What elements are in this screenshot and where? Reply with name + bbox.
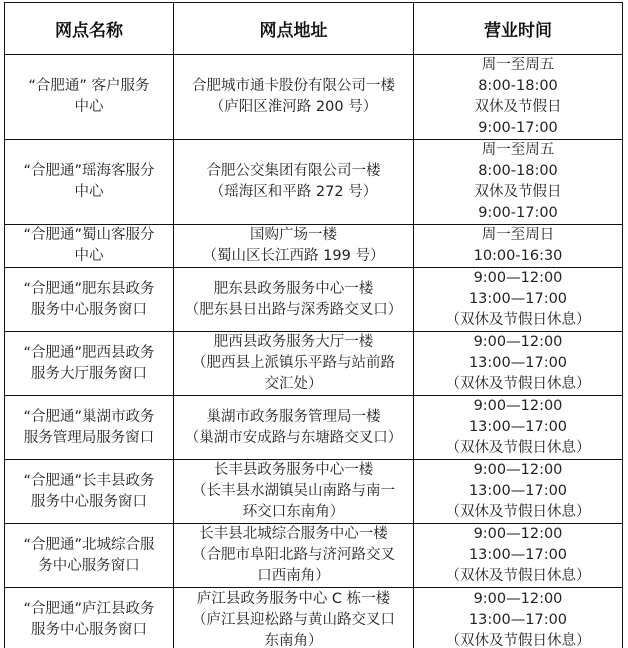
- outlet-name-line: “合肥通”北城综合服: [9, 535, 169, 556]
- outlet-name-cell: “合肥通” 客户服务 中心: [5, 55, 174, 140]
- hours-line: 10:00-16:30: [418, 246, 618, 267]
- service-outlets-table: 网点名称 网点地址 营业时间 “合肥通” 客户服务 中心 合肥城市通卡股份有限公…: [4, 2, 623, 648]
- table-row: “合肥通”庐江县政务 服务中心服务窗口 庐江县政务服务中心 C 栋一楼 （庐江县…: [5, 588, 623, 648]
- address-line: （瑶海区和平路 272 号）: [178, 182, 409, 203]
- outlet-name-line: 服务中心服务窗口: [9, 300, 169, 321]
- business-hours-cell: 9:00—12:00 13:00—17:00 （双休及节假日休息）: [414, 396, 623, 460]
- table-row: “合肥通”北城综合服 务中心服务窗口 长丰县北城综合服务中心一楼 （合肥市阜阳北…: [5, 524, 623, 588]
- business-hours-cell: 周一至周日 10:00-16:30: [414, 225, 623, 268]
- hours-line: 周一至周日: [418, 225, 618, 246]
- address-line: （蜀山区长江西路 199 号）: [178, 246, 409, 267]
- hours-line: 13:00—17:00: [418, 289, 618, 310]
- address-line: 肥东县政务服务中心一楼: [178, 279, 409, 300]
- outlet-name-line: 服务中心服务窗口: [9, 492, 169, 513]
- outlet-name-cell: “合肥通”庐江县政务 服务中心服务窗口: [5, 588, 174, 648]
- address-line: 口西南角）: [178, 566, 409, 587]
- hours-line: （双休及节假日休息）: [418, 502, 618, 523]
- address-line: （合肥市阜阳北路与济河路交叉: [178, 545, 409, 566]
- address-line: 国购广场一楼: [178, 225, 409, 246]
- hours-line: （双休及节假日休息）: [418, 374, 618, 395]
- business-hours-cell: 9:00—12:00 13:00—17:00 （双休及节假日休息）: [414, 460, 623, 524]
- hours-line: 13:00—17:00: [418, 610, 618, 631]
- outlet-name-line: “合肥通”长丰县政务: [9, 471, 169, 492]
- outlet-name-line: “合肥通”巢湖市政务: [9, 407, 169, 428]
- address-line: 交汇处）: [178, 374, 409, 395]
- outlet-address-cell: 长丰县政务服务中心一楼 （长丰县水湖镇吴山南路与南一 环交口东南角）: [174, 460, 414, 524]
- table-row: “合肥通” 客户服务 中心 合肥城市通卡股份有限公司一楼 （庐阳区淮河路 200…: [5, 55, 623, 140]
- outlet-address-cell: 巢湖市政务服务管理局一楼 （巢湖市安成路与东塘路交叉口）: [174, 396, 414, 460]
- hours-line: （双休及节假日休息）: [418, 631, 618, 648]
- business-hours-cell: 9:00—12:00 13:00—17:00 （双休及节假日休息）: [414, 332, 623, 396]
- table-header-row: 网点名称 网点地址 营业时间: [5, 3, 623, 55]
- table-row: “合肥通”肥西县政务 服务大厅服务窗口 肥西县政务服务大厅一楼 （肥西县上派镇乐…: [5, 332, 623, 396]
- outlet-name-line: 服务管理局服务窗口: [9, 428, 169, 449]
- table-row: “合肥通”长丰县政务 服务中心服务窗口 长丰县政务服务中心一楼 （长丰县水湖镇吴…: [5, 460, 623, 524]
- header-outlet-name: 网点名称: [5, 3, 174, 55]
- hours-line: 双休及节假日: [418, 97, 618, 118]
- hours-line: 9:00—12:00: [418, 268, 618, 289]
- hours-line: 9:00—12:00: [418, 524, 618, 545]
- header-business-hours: 营业时间: [414, 3, 623, 55]
- hours-line: 8:00-18:00: [418, 161, 618, 182]
- hours-line: 9:00—12:00: [418, 589, 618, 610]
- business-hours-cell: 周一至周五 8:00-18:00 双休及节假日 9:00-17:00: [414, 140, 623, 225]
- outlet-name-line: 服务大厅服务窗口: [9, 364, 169, 385]
- outlet-name-line: 务中心服务窗口: [9, 556, 169, 577]
- outlet-address-cell: 庐江县政务服务中心 C 栋一楼 （庐江县迎松路与黄山路交叉口 东南角）: [174, 588, 414, 648]
- hours-line: 9:00-17:00: [418, 118, 618, 139]
- table-row: “合肥通”巢湖市政务 服务管理局服务窗口 巢湖市政务服务管理局一楼 （巢湖市安成…: [5, 396, 623, 460]
- address-line: 长丰县政务服务中心一楼: [178, 460, 409, 481]
- outlet-address-cell: 国购广场一楼 （蜀山区长江西路 199 号）: [174, 225, 414, 268]
- hours-line: 13:00—17:00: [418, 545, 618, 566]
- address-line: （肥西县上派镇乐平路与站前路: [178, 353, 409, 374]
- outlet-name-cell: “合肥通”长丰县政务 服务中心服务窗口: [5, 460, 174, 524]
- outlet-name-cell: “合肥通”巢湖市政务 服务管理局服务窗口: [5, 396, 174, 460]
- hours-line: （双休及节假日休息）: [418, 310, 618, 331]
- outlet-name-cell: “合肥通”北城综合服 务中心服务窗口: [5, 524, 174, 588]
- outlet-address-cell: 肥东县政务服务中心一楼 （肥东县日出路与深秀路交叉口）: [174, 268, 414, 332]
- outlet-address-cell: 长丰县北城综合服务中心一楼 （合肥市阜阳北路与济河路交叉 口西南角）: [174, 524, 414, 588]
- hours-line: 13:00—17:00: [418, 481, 618, 502]
- table-row: “合肥通”肥东县政务 服务中心服务窗口 肥东县政务服务中心一楼 （肥东县日出路与…: [5, 268, 623, 332]
- outlet-name-line: 服务中心服务窗口: [9, 620, 169, 641]
- outlet-name-cell: “合肥通”蜀山客服分 中心: [5, 225, 174, 268]
- business-hours-cell: 周一至周五 8:00-18:00 双休及节假日 9:00-17:00: [414, 55, 623, 140]
- hours-line: 9:00—12:00: [418, 332, 618, 353]
- outlet-address-cell: 肥西县政务服务大厅一楼 （肥西县上派镇乐平路与站前路 交汇处）: [174, 332, 414, 396]
- outlet-name-line: “合肥通”肥西县政务: [9, 343, 169, 364]
- outlet-name-cell: “合肥通”肥西县政务 服务大厅服务窗口: [5, 332, 174, 396]
- hours-line: 13:00—17:00: [418, 353, 618, 374]
- table-row: “合肥通”蜀山客服分 中心 国购广场一楼 （蜀山区长江西路 199 号） 周一至…: [5, 225, 623, 268]
- outlet-name-line: “合肥通” 客户服务: [9, 76, 169, 97]
- outlet-name-line: 中心: [9, 182, 169, 203]
- outlet-name-line: “合肥通”肥东县政务: [9, 279, 169, 300]
- address-line: 庐江县政务服务中心 C 栋一楼: [178, 589, 409, 610]
- outlet-name-cell: “合肥通”肥东县政务 服务中心服务窗口: [5, 268, 174, 332]
- address-line: 合肥城市通卡股份有限公司一楼: [178, 76, 409, 97]
- business-hours-cell: 9:00—12:00 13:00—17:00 （双休及节假日休息）: [414, 268, 623, 332]
- hours-line: 周一至周五: [418, 140, 618, 161]
- address-line: （庐阳区淮河路 200 号）: [178, 97, 409, 118]
- outlet-name-line: “合肥通”庐江县政务: [9, 599, 169, 620]
- hours-line: 9:00-17:00: [418, 203, 618, 224]
- address-line: （长丰县水湖镇吴山南路与南一: [178, 481, 409, 502]
- address-line: 巢湖市政务服务管理局一楼: [178, 407, 409, 428]
- hours-line: 9:00—12:00: [418, 460, 618, 481]
- business-hours-cell: 9:00—12:00 13:00—17:00 （双休及节假日休息）: [414, 524, 623, 588]
- outlet-address-cell: 合肥城市通卡股份有限公司一楼 （庐阳区淮河路 200 号）: [174, 55, 414, 140]
- business-hours-cell: 9:00—12:00 13:00—17:00 （双休及节假日休息）: [414, 588, 623, 648]
- outlet-name-line: “合肥通”蜀山客服分: [9, 225, 169, 246]
- hours-line: 双休及节假日: [418, 182, 618, 203]
- address-line: 东南角）: [178, 631, 409, 648]
- address-line: （巢湖市安成路与东塘路交叉口）: [178, 428, 409, 449]
- outlet-name-line: 中心: [9, 246, 169, 267]
- address-line: 合肥公交集团有限公司一楼: [178, 161, 409, 182]
- header-outlet-address: 网点地址: [174, 3, 414, 55]
- address-line: （庐江县迎松路与黄山路交叉口: [178, 610, 409, 631]
- hours-line: 8:00-18:00: [418, 76, 618, 97]
- address-line: 长丰县北城综合服务中心一楼: [178, 524, 409, 545]
- address-line: （肥东县日出路与深秀路交叉口）: [178, 300, 409, 321]
- hours-line: 9:00—12:00: [418, 396, 618, 417]
- hours-line: （双休及节假日休息）: [418, 438, 618, 459]
- outlet-address-cell: 合肥公交集团有限公司一楼 （瑶海区和平路 272 号）: [174, 140, 414, 225]
- outlet-name-line: 中心: [9, 97, 169, 118]
- address-line: 环交口东南角）: [178, 502, 409, 523]
- address-line: 肥西县政务服务大厅一楼: [178, 332, 409, 353]
- hours-line: 13:00—17:00: [418, 417, 618, 438]
- hours-line: 周一至周五: [418, 55, 618, 76]
- hours-line: （双休及节假日休息）: [418, 566, 618, 587]
- table-row: “合肥通”瑶海客服分 中心 合肥公交集团有限公司一楼 （瑶海区和平路 272 号…: [5, 140, 623, 225]
- outlet-name-line: “合肥通”瑶海客服分: [9, 161, 169, 182]
- outlet-name-cell: “合肥通”瑶海客服分 中心: [5, 140, 174, 225]
